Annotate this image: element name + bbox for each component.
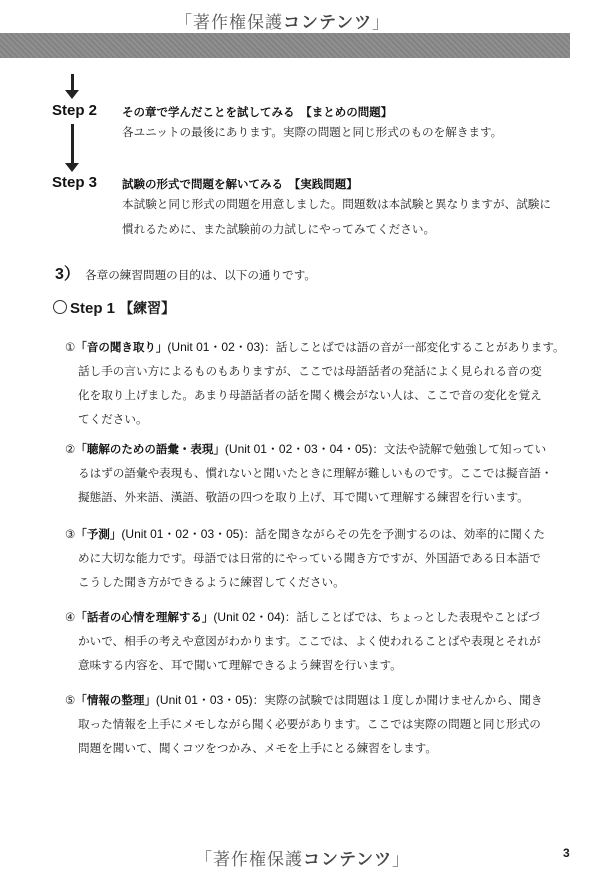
item-units: (Unit 01・02・03・05) (121, 527, 243, 541)
practice-item-2: ②「聴解のための語彙・表現」(Unit 01・02・03・04・05)：文法や読… (65, 437, 575, 509)
arrow-head-icon (65, 90, 79, 99)
item-title: 「音の聞き取り」 (75, 340, 167, 354)
item-title: 「情報の整理」 (75, 693, 156, 707)
item-marker: ② (65, 442, 75, 456)
item-marker: ⑤ (65, 693, 75, 707)
watermark-top: 「著作権保護コンテンツ」 (175, 8, 390, 33)
item-text: ：話しことばでは語の音が一部変化することがあります。 (264, 340, 565, 354)
step2-description: 各ユニットの最後にあります。実際の問題と同じ形式のものを解きます。 (122, 120, 502, 144)
circle-bullet-icon (53, 300, 67, 314)
item-title: 「話者の心情を理解する」 (75, 610, 213, 624)
practice-item-1: ①「音の聞き取り」(Unit 01・02・03)：話しことばでは語の音が一部変化… (65, 335, 575, 431)
item-text: 問題を聞いて、聞くコツをつかみ、メモを上手にとる練習をします。 (65, 736, 575, 760)
item-text: 取った情報を上手にメモしながら聞く必要があります。ここでは実際の問題と同じ形式の (65, 712, 575, 736)
item-text: ：話を聞きながらその先を予測するのは、効率的に聞くた (243, 527, 544, 541)
step1-label: Step 1 (70, 300, 115, 317)
watermark-bottom: 「著作権保護コンテンツ」 (195, 845, 410, 870)
step3-description-line2: 慣れるために、また試験前の力試しにやってみてください。 (122, 217, 435, 241)
item-marker: ③ (65, 527, 75, 541)
item-title: 「聴解のための語彙・表現」 (75, 442, 225, 456)
watermark-bold: コンテンツ (303, 850, 392, 870)
item-units: (Unit 01・02・03・04・05) (225, 442, 372, 456)
arrow-down-icon (71, 124, 74, 164)
item-text: てください。 (65, 407, 575, 431)
section-text: 各章の練習問題の目的は、以下の通りです。 (85, 268, 316, 282)
item-text: かいで、相手の考えや意図がわかります。ここでは、よく使われることばや表現とそれが (65, 629, 575, 653)
step1-heading: Step 1 【練習】 (53, 298, 175, 318)
watermark-suffix: 」 (392, 850, 410, 870)
step3-label: Step 3 (52, 174, 97, 191)
section-number: 3） (55, 266, 80, 283)
step2-title: その章で学んだことを試してみる 【まとめの問題】 (122, 104, 392, 120)
item-text: るはずの語彙や表現も、慣れないと聞いたときに理解が難しいものです。ここでは擬音語… (65, 461, 575, 485)
item-title: 「予測」 (75, 527, 121, 541)
page-number: 3 (563, 846, 570, 860)
item-text: ：実際の試験では問題は１度しか聞けませんから、聞き (253, 693, 543, 707)
watermark-bold: コンテンツ (283, 13, 372, 33)
item-text: こうした聞き方ができるように練習してください。 (65, 570, 575, 594)
step1-title: 【練習】 (119, 301, 175, 317)
item-text: 意味する内容を、耳で聞いて理解できるよう練習を行います。 (65, 653, 575, 677)
arrow-down-icon (71, 74, 74, 91)
step2-label: Step 2 (52, 102, 97, 119)
item-text: 話し手の言い方によるものもありますが、ここでは母語話者の発話によく見られる音の変 (65, 359, 575, 383)
header-band (0, 33, 570, 58)
watermark-suffix: 」 (372, 13, 390, 33)
item-marker: ④ (65, 610, 75, 624)
item-text: ：話しことばでは、ちょっとした表現やことばづ (285, 610, 540, 624)
item-units: (Unit 02・04) (213, 610, 284, 624)
practice-item-5: ⑤「情報の整理」(Unit 01・03・05)：実際の試験では問題は１度しか聞け… (65, 688, 575, 760)
step3-description-line1: 本試験と同じ形式の問題を用意しました。問題数は本試験と異なりますが、試験に (122, 192, 551, 216)
watermark-prefix: 「著作権保護 (195, 850, 303, 870)
watermark-prefix: 「著作権保護 (175, 13, 283, 33)
practice-item-4: ④「話者の心情を理解する」(Unit 02・04)：話しことばでは、ちょっとした… (65, 605, 575, 677)
step3-title: 試験の形式で問題を解いてみる 【実践問題】 (122, 176, 358, 192)
item-text: 化を取り上げました。あまり母語話者の話を聞く機会がない人は、ここで音の変化を覚え (65, 383, 575, 407)
arrow-head-icon (65, 163, 79, 172)
item-text: 擬態語、外来語、漢語、敬語の四つを取り上げ、耳で聞いて理解する練習を行います。 (65, 485, 575, 509)
item-text: めに大切な能力です。母語では日常的にやっている聞き方ですが、外国語である日本語で (65, 546, 575, 570)
item-marker: ① (65, 340, 75, 354)
section-3-heading: 3） 各章の練習問題の目的は、以下の通りです。 (55, 261, 316, 284)
item-units: (Unit 01・02・03) (167, 340, 264, 354)
item-units: (Unit 01・03・05) (156, 693, 253, 707)
item-text: ：文法や読解で勉強して知ってい (372, 442, 546, 456)
practice-item-3: ③「予測」(Unit 01・02・03・05)：話を聞きながらその先を予測するの… (65, 522, 575, 594)
